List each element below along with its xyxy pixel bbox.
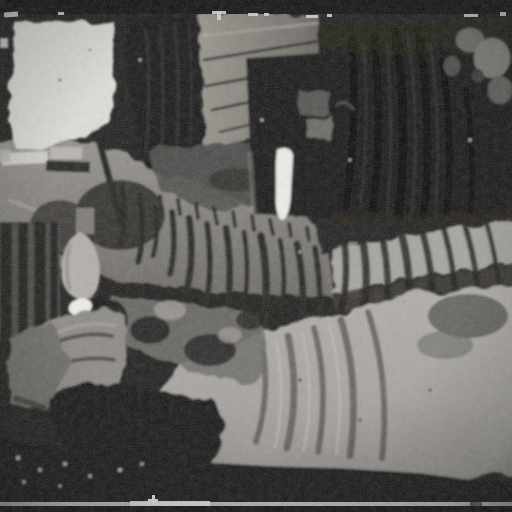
vintage-photograph: Grainy monochrome photograph of a quarry… [0, 0, 512, 512]
photo-canvas: Grainy monochrome photograph of a quarry… [0, 0, 512, 512]
film-grain-overlay [0, 0, 512, 512]
